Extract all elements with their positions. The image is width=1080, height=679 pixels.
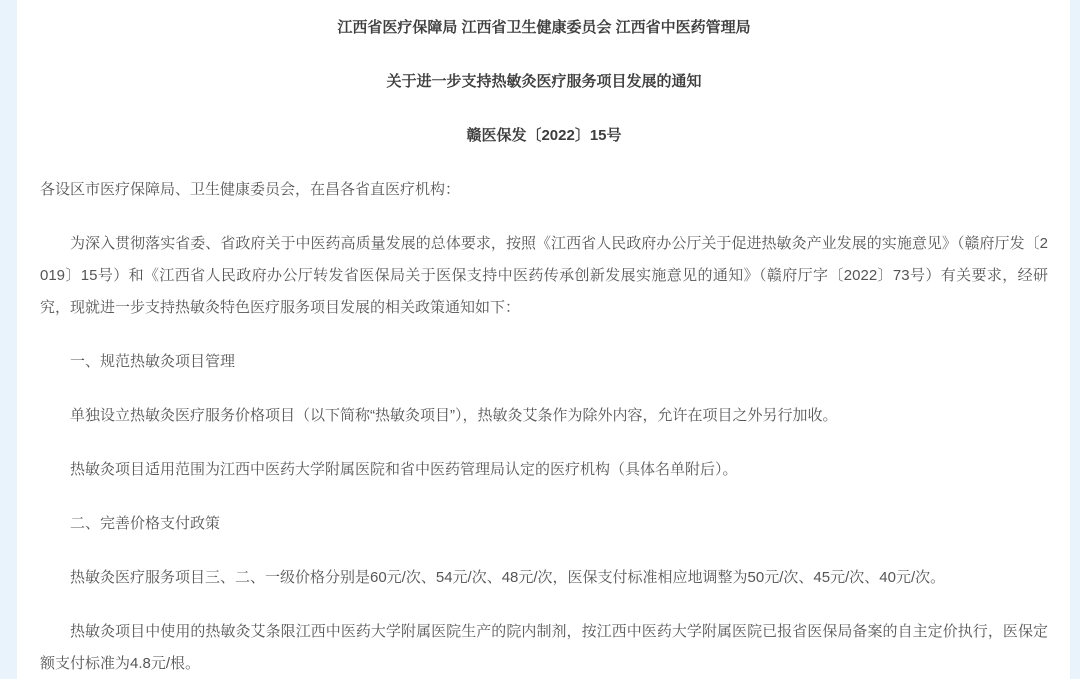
section-1-paragraph-1: 单独设立热敏灸医疗服务价格项目（以下简称“热敏灸项目”），热敏灸艾条作为除外内容… (40, 400, 1048, 432)
document-title: 关于进一步支持热敏灸医疗服务项目发展的通知 (40, 66, 1048, 98)
section-2-paragraph-2: 热敏灸项目中使用的热敏灸艾条限江西中医药大学附属医院生产的院内制剂，按江西中医药… (40, 616, 1048, 679)
document-content: 江西省医疗保障局 江西省卫生健康委员会 江西省中医药管理局 关于进一步支持热敏灸… (0, 0, 1080, 679)
issuing-orgs-line: 江西省医疗保障局 江西省卫生健康委员会 江西省中医药管理局 (40, 12, 1048, 44)
section-2-heading: 二、完善价格支付政策 (40, 508, 1048, 540)
document-number: 赣医保发〔2022〕15号 (40, 120, 1048, 152)
section-1-paragraph-2: 热敏灸项目适用范围为江西中医药大学附属医院和省中医药管理局认定的医疗机构（具体名… (40, 454, 1048, 486)
salutation-line: 各设区市医疗保障局、卫生健康委员会，在昌各省直医疗机构： (40, 174, 1048, 206)
document-page: 江西省医疗保障局 江西省卫生健康委员会 江西省中医药管理局 关于进一步支持热敏灸… (0, 0, 1080, 679)
intro-paragraph: 为深入贯彻落实省委、省政府关于中医药高质量发展的总体要求，按照《江西省人民政府办… (40, 228, 1048, 324)
section-1-heading: 一、规范热敏灸项目管理 (40, 346, 1048, 378)
section-2-paragraph-1: 热敏灸医疗服务项目三、二、一级价格分别是60元/次、54元/次、48元/次，医保… (40, 562, 1048, 594)
